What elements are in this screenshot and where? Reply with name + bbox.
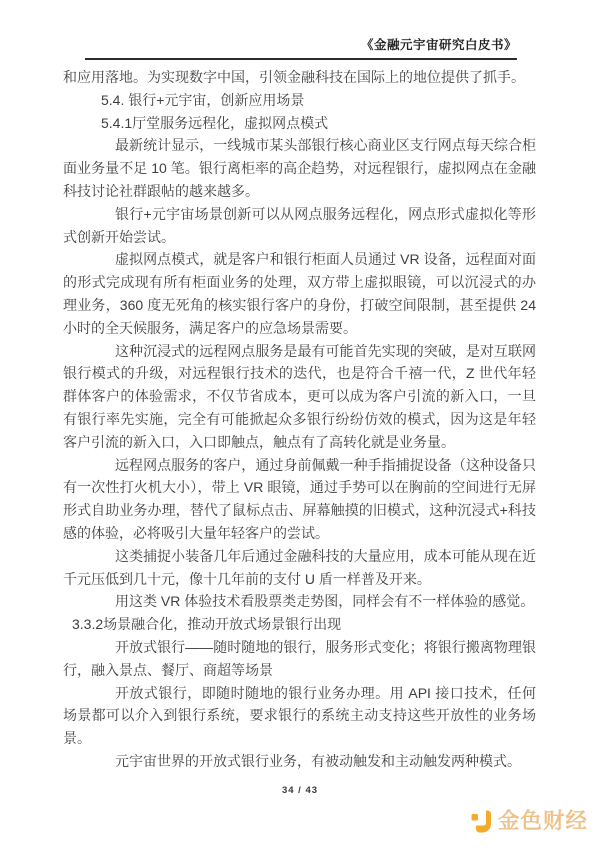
paragraph-continued: 和应用落地。为实现数字中国，引领金融科技在国际上的地位提供了抓手。 [63,66,536,89]
document-page: 《金融元宇宙研究白皮书》 和应用落地。为实现数字中国，引领金融科技在国际上的地位… [0,0,600,848]
watermark-brand-text: 金色财经 [498,810,588,833]
page-footer: 34 / 43 [0,785,600,796]
jinse-finance-watermark: 金色财经 [471,810,588,833]
page-number: 34 / 43 [282,785,318,796]
document-body: 和应用落地。为实现数字中国，引领金融科技在国际上的地位提供了抓手。 5.4. 银… [63,66,536,773]
paragraph: 这种沉浸式的远程网点服务是最有可能首先实现的突破，是对互联网银行模式的升级，对远… [63,340,536,454]
paragraph: 元宇宙世界的开放式银行业务，有被动触发和主动触发两种模式。 [63,750,536,773]
subsection-heading-3-3-2: 3.3.2场景融合化，推动开放式场景银行出现 [63,613,536,636]
subsection-heading-5-4-1: 5.4.1厅堂服务远程化，虚拟网点模式 [63,112,536,135]
paragraph: 银行+元宇宙场景创新可以从网点服务远程化，网点形式虚拟化等形式创新开始尝试。 [63,203,536,249]
paragraph: 远程网点服务的客户，通过身前佩戴一种手指捕捉设备（这种设备只有一次性打火机大小）… [63,454,536,545]
section-heading-5-4: 5.4. 银行+元宇宙，创新应用场景 [63,89,536,112]
paragraph: 开放式银行——随时随地的银行，服务形式变化；将银行搬离物理银行，融入景点、餐厅、… [63,636,536,682]
jinse-logo-icon [471,810,492,833]
paragraph: 虚拟网点模式，就是客户和银行柜面人员通过 VR 设备，远程面对面的形式完成现有所… [63,248,536,339]
paragraph: 最新统计显示，一线城市某头部银行核心商业区支行网点每天综合柜面业务量不足 10 … [63,134,536,202]
page-header: 《金融元宇宙研究白皮书》 [85,0,517,60]
document-title: 《金融元宇宙研究白皮书》 [361,37,517,52]
paragraph: 开放式银行，即随时随地的银行业务办理。用 API 接口技术，任何场景都可以介入到… [63,682,536,750]
paragraph: 用这类 VR 体验技术看股票类走势图，同样会有不一样体验的感觉。 [63,590,536,613]
paragraph: 这类捕捉小装备几年后通过金融科技的大量应用，成本可能从现在近千元压低到几十元，像… [63,545,536,591]
